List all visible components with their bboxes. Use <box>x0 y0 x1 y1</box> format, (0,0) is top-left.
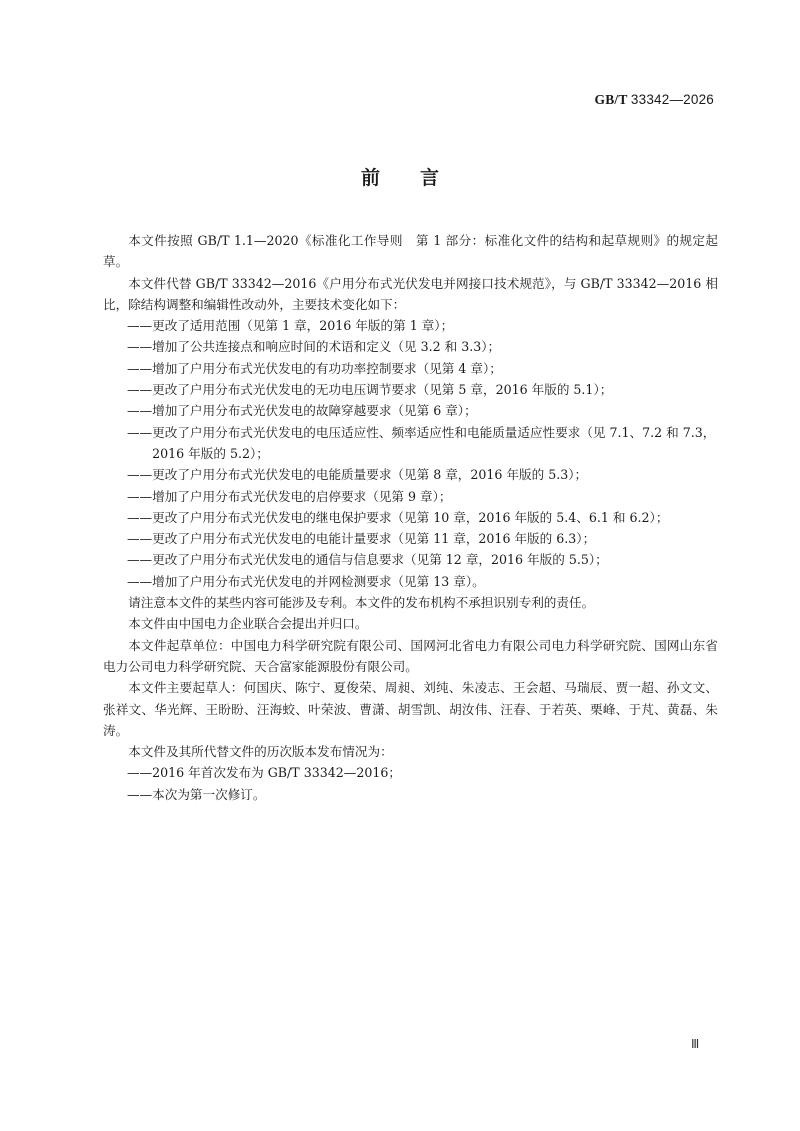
history-item: ——本次为第一次修订。 <box>103 784 718 805</box>
paragraph-drafting-units: 本文件起草单位：中国电力科学研究院有限公司、国网河北省电力有限公司电力科学研究院… <box>103 635 718 678</box>
change-item: ——更改了户用分布式光伏发电的通信与信息要求（见第 12 章，2016 年版的 … <box>103 549 718 570</box>
change-item: ——更改了户用分布式光伏发电的电能计量要求（见第 11 章，2016 年版的 6… <box>103 528 718 549</box>
page-title: 前言 <box>0 163 800 190</box>
history-item: ——2016 年首次发布为 GB/T 33342—2016； <box>103 762 718 783</box>
document-code: GB/T 33342—2026 <box>595 92 714 108</box>
paragraph-proposer: 本文件由中国电力企业联合会提出并归口。 <box>103 613 718 634</box>
change-item: ——增加了户用分布式光伏发电的启停要求（见第 9 章）； <box>103 486 718 507</box>
paragraph-drafters: 本文件主要起草人：何国庆、陈宁、夏俊荣、周昶、刘纯、朱凌志、王会超、马瑞辰、贾一… <box>103 677 718 741</box>
paragraph-patent-notice: 请注意本文件的某些内容可能涉及专利。本文件的发布机构不承担识别专利的责任。 <box>103 592 718 613</box>
change-item: ——更改了适用范围（见第 1 章，2016 年版的第 1 章）； <box>103 315 718 336</box>
change-item: ——更改了户用分布式光伏发电的电能质量要求（见第 8 章，2016 年版的 5.… <box>103 464 718 485</box>
page-number: Ⅲ <box>691 1037 699 1052</box>
change-item: ——增加了户用分布式光伏发电的并网检测要求（见第 13 章）。 <box>103 571 718 592</box>
change-item: ——更改了户用分布式光伏发电的无功电压调节要求（见第 5 章，2016 年版的 … <box>103 379 718 400</box>
doc-prefix: GB/T <box>595 92 628 107</box>
change-item: ——增加了户用分布式光伏发电的故障穿越要求（见第 6 章）； <box>103 400 718 421</box>
change-item: ——更改了户用分布式光伏发电的电压适应性、频率适应性和电能质量适应性要求（见 7… <box>103 422 718 465</box>
change-item: ——更改了户用分布式光伏发电的继电保护要求（见第 10 章，2016 年版的 5… <box>103 507 718 528</box>
foreword-body: 本文件按照 GB/T 1.1—2020《标准化工作导则 第 1 部分：标准化文件… <box>103 230 718 805</box>
paragraph-drafting-rules: 本文件按照 GB/T 1.1—2020《标准化工作导则 第 1 部分：标准化文件… <box>103 230 718 273</box>
change-item: ——增加了户用分布式光伏发电的有功功率控制要求（见第 4 章）； <box>103 358 718 379</box>
paragraph-history-intro: 本文件及其所代替文件的历次版本发布情况为： <box>103 741 718 762</box>
doc-number: 33342—2026 <box>631 92 714 107</box>
change-item: ——增加了公共连接点和响应时间的术语和定义（见 3.2 和 3.3）； <box>103 336 718 357</box>
paragraph-replacement: 本文件代替 GB/T 33342—2016《户用分布式光伏发电并网接口技术规范》… <box>103 273 718 316</box>
